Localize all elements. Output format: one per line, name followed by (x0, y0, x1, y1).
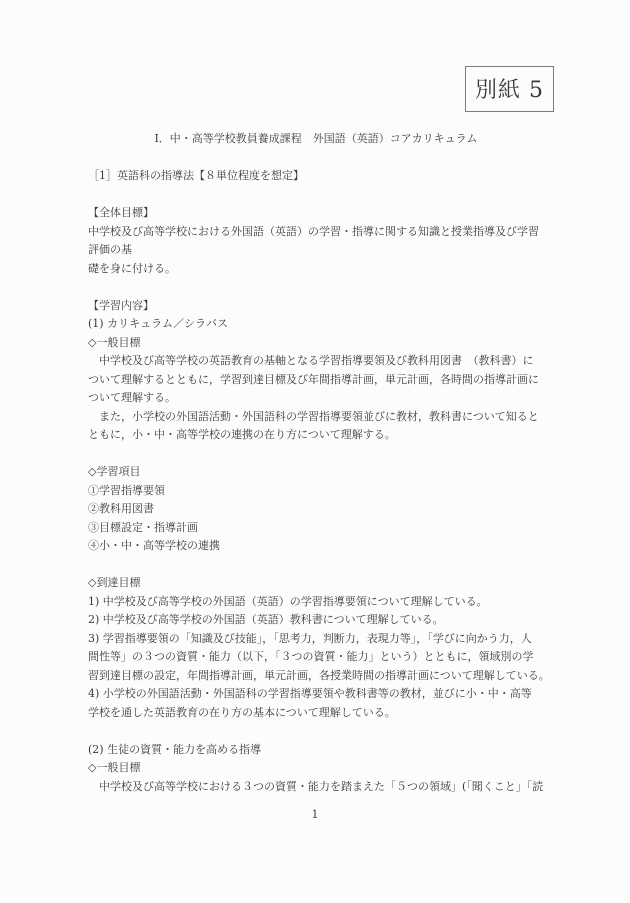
attainment-goal-line: 習到達目標の設定，年間指導計画，単元計画，各授業時間の指導計画について理解してい… (88, 667, 544, 686)
section1-general-goal-line: また，小学校の外国語活動・外国語科の学習指導要領並びに教材，教科書について知ると (88, 408, 544, 427)
attainment-goal-line: 3) 学習指導要領の「知識及び技能」，「思考力，判断力，表現力等」，「学びに向か… (88, 630, 544, 649)
document-body: I．中・高等学校教員養成課程 外国語（英語）コアカリキュラム ［1］英語科の指導… (88, 130, 544, 796)
spacer (88, 278, 544, 297)
section2-title: (2) 生徒の資質・能力を高める指導 (88, 741, 544, 760)
course-heading: ［1］英語科の指導法【８単位程度を想定】 (88, 167, 544, 186)
attainment-goals-heading: ◇到達目標 (88, 574, 544, 593)
section1-general-goal-line: 中学校及び高等学校の英語教育の基軸となる学習指導要領及び教科用図書 （教科書）に (88, 352, 544, 371)
attainment-goal-line: 2) 中学校及び高等学校の外国語（英語）教科書について理解している。 (88, 611, 544, 630)
section1-general-goal-line: ついて理解する。 (88, 389, 544, 408)
spacer (88, 186, 544, 205)
overall-goal-line: 評価の基 (88, 241, 544, 260)
overall-goal-line: 礎を身に付ける。 (88, 260, 544, 279)
spacer (88, 722, 544, 741)
spacer (88, 149, 544, 168)
section1-title: (1) カリキュラム／シラバス (88, 315, 544, 334)
document-page: 別紙 5 I．中・高等学校教員養成課程 外国語（英語）コアカリキュラム ［1］英… (0, 0, 630, 903)
section2-general-goal-heading: ◇一般目標 (88, 759, 544, 778)
page-number: 1 (0, 806, 630, 825)
section2-general-goal-line: 中学校及び高等学校における３つの資質・能力を踏まえた「５つの領域」(「聞くこと」… (88, 778, 544, 797)
attainment-goal-line: 学校を通した英語教育の在り方の基本について理解している。 (88, 704, 544, 723)
learning-content-heading: 【学習内容】 (88, 297, 544, 316)
learning-item: ②教科用図書 (88, 500, 544, 519)
overall-goal-heading: 【全体目標】 (88, 204, 544, 223)
learning-item: ④小・中・高等学校の連携 (88, 537, 544, 556)
learning-item: ③目標設定・指導計画 (88, 519, 544, 538)
spacer (88, 445, 544, 464)
attainment-goal-line: 間性等」の３つの資質・能力（以下，「３つの資質・能力」という）とともに，領域別の… (88, 648, 544, 667)
attainment-goal-line: 1) 中学校及び高等学校の外国語（英語）の学習指導要領について理解している。 (88, 593, 544, 612)
section1-general-goal-heading: ◇一般目標 (88, 334, 544, 353)
learning-item: ①学習指導要領 (88, 482, 544, 501)
document-title: I．中・高等学校教員養成課程 外国語（英語）コアカリキュラム (88, 130, 544, 149)
section1-general-goal-line: ついて理解するとともに，学習到達目標及び年間指導計画，単元計画，各時間の指導計画… (88, 371, 544, 390)
overall-goal-line: 中学校及び高等学校における外国語（英語）の学習・指導に関する知識と授業指導及び学… (88, 223, 544, 242)
attachment-label: 別紙 5 (465, 66, 554, 112)
section1-general-goal-line: ともに，小・中・高等学校の連携の在り方について理解する。 (88, 426, 544, 445)
spacer (88, 556, 544, 575)
attainment-goal-line: 4) 小学校の外国語活動・外国語科の学習指導要領や教科書等の教材，並びに小・中・… (88, 685, 544, 704)
learning-items-heading: ◇学習項目 (88, 463, 544, 482)
